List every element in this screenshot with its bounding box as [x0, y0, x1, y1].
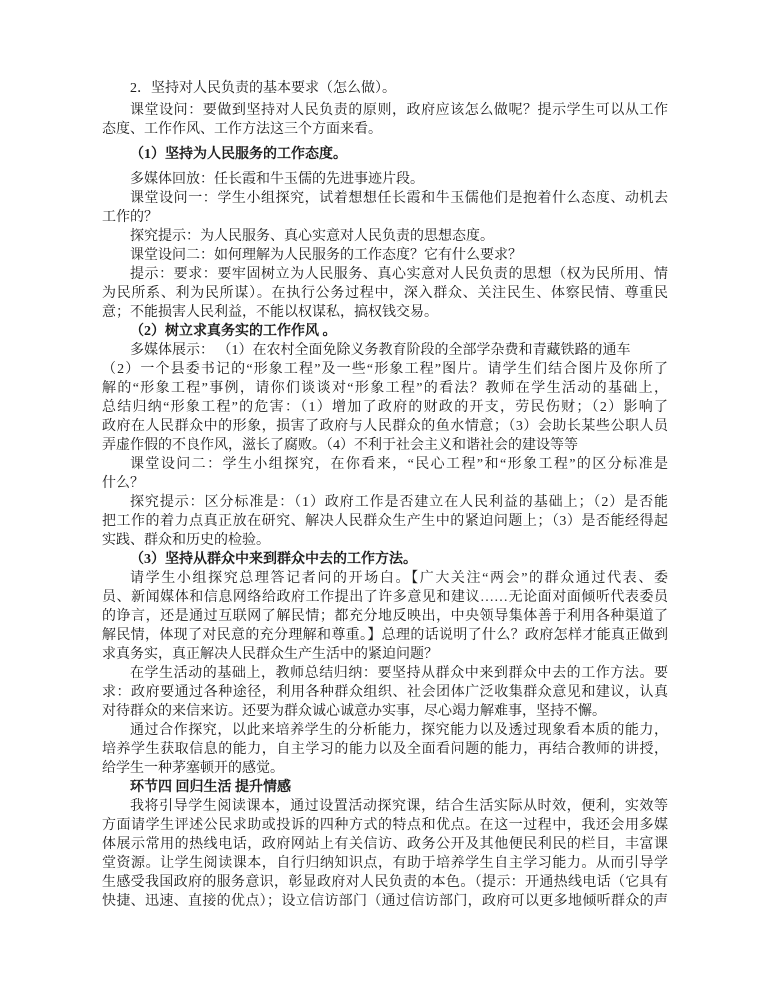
text-line: 求真务实，真正解决人民群众生产生活中的紧迫问题？ [102, 645, 668, 664]
text-line: 多媒体展示： （1）在农村全面免除义务教育阶段的全部学杂费和青藏铁路的通车 [102, 341, 668, 360]
text-line: 课堂设问：要做到坚持对人民负责的原则，政府应该怎么做呢？提示学生可以从工作 [102, 101, 668, 120]
text-line: 工作的？ [102, 208, 668, 227]
text-line: 生感受我国政府的服务意识，彰显政府对人民负责的本色。（提示：开通热线电话（它具有 [102, 873, 668, 892]
text-line: 探究提示：为人民服务、真心实意对人民负责的思想态度。 [102, 227, 668, 246]
text-line: 课堂设问二：如何理解为人民服务的工作态度？它有什么要求？ [102, 246, 668, 265]
text-line: 态度、工作作风、工作方法这三个方面来看。 [102, 120, 668, 139]
text-line: （2）一个县委书记的“形象工程”及一些“形象工程”图片。请学生们结合图片及你所了 [102, 360, 668, 379]
text-line: 多媒体回放：任长霞和牛玉儒的先进事迹片段。 [102, 170, 668, 189]
text-line: 培养学生获取信息的能力，自主学习的能力以及全面看问题的能力，再结合教师的讲授， [102, 740, 668, 759]
text-line: 对待群众的来信来访。还要为群众诚心诚意办实事，尽心竭力解难事，坚持不懈。 [102, 702, 668, 721]
text-line: 2．坚持对人民负责的基本要求（怎么做）。 [102, 79, 668, 98]
text-line: 员、新闻媒体和信息网络给政府工作提出了许多意见和建议……无论面对面倾听代表委员 [102, 588, 668, 607]
text-line: 方面请学生评述公民求助或投诉的四种方式的特点和优点。在这一过程中，我还会用多媒 [102, 816, 668, 835]
text-line: 解民情，体现了对民意的充分理解和尊重。】总理的话说明了什么？政府怎样才能真正做到 [102, 626, 668, 645]
text-line: （1）坚持为人民服务的工作态度。 [102, 145, 668, 164]
text-line: 堂资源。让学生阅读课本，自行归纳知识点，有助于培养学生自主学习能力。从而引导学 [102, 854, 668, 873]
text-line: 求：政府要通过各种途径，利用各种群众组织、社会团体广泛收集群众意见和建议，认真 [102, 683, 668, 702]
document-body: 2．坚持对人民负责的基本要求（怎么做）。课堂设问：要做到坚持对人民负责的原则，政… [102, 79, 668, 911]
text-line: 在学生活动的基础上，教师总结归纳：要坚持从群众中来到群众中去的工作方法。要 [102, 664, 668, 683]
text-line: （3）坚持从群众中来到群众中去的工作方法。 [102, 550, 668, 569]
text-line: 通过合作探究，以此来培养学生的分析能力，探究能力以及透过现象看本质的能力， [102, 721, 668, 740]
text-line: 环节四 回归生活 提升情感 [102, 778, 668, 797]
text-line: 给学生一种茅塞顿开的感觉。 [102, 759, 668, 778]
text-line: 探究提示：区分标准是：（1）政府工作是否建立在人民利益的基础上；（2）是否能 [102, 493, 668, 512]
text-line: （2）树立求真务实的工作作风 。 [102, 322, 668, 341]
text-line: 弄虚作假的不良作风，滋长了腐败。（4）不利于社会主义和谐社会的建设等等 [102, 436, 668, 455]
text-line: 的诤言，还是通过互联网了解民情；都充分地反映出，中央领导集体善于利用各种渠道了 [102, 607, 668, 626]
document-page: 2．坚持对人民负责的基本要求（怎么做）。课堂设问：要做到坚持对人民负责的原则，政… [0, 0, 770, 1000]
text-line: 课堂设问二：学生小组探究，在你看来，“民心工程”和“形象工程”的区分标准是 [102, 455, 668, 474]
text-line: 快捷、迅速、直接的优点）；设立信访部门（通过信访部门，政府可以更多地倾听群众的声 [102, 892, 668, 911]
text-line: 什么？ [102, 474, 668, 493]
text-line: 总结归纳“形象工程”的危害：（1）增加了政府的财政的开支，劳民伤财；（2）影响了 [102, 398, 668, 417]
text-line: 实践、群众和历史的检验。 [102, 531, 668, 550]
text-line: 提示：要求：要牢固树立为人民服务、真心实意对人民负责的思想（权为民所用、情 [102, 265, 668, 284]
text-line: 我将引导学生阅读课本，通过设置活动探究课，结合生活实际从时效，便利，实效等 [102, 797, 668, 816]
text-line: 体展示常用的热线电话，政府网站上有关信访、政务公开及其他便民利民的栏目，丰富课 [102, 835, 668, 854]
text-line: 政府在人民群众中的形象，损害了政府与人民群众的鱼水情意；（3）会助长某些公职人员 [102, 417, 668, 436]
text-line: 请学生小组探究总理答记者问的开场白。【广大关注“两会”的群众通过代表、委 [102, 569, 668, 588]
text-line: 课堂设问一：学生小组探究，试着想想任长霞和牛玉儒他们是抱着什么态度、动机去 [102, 189, 668, 208]
text-line: 意；不能损害人民利益，不能以权谋私，搞权钱交易。 [102, 303, 668, 322]
text-line: 为民所系、利为民所谋）。在执行公务过程中，深入群众、关注民生、体察民情、尊重民 [102, 284, 668, 303]
text-line: 解的“形象工程”事例，请你们谈谈对“形象工程”的看法？教师在学生活动的基础上， [102, 379, 668, 398]
text-line: 把工作的着力点真正放在研究、解决人民群众生产生中的紧迫问题上；（3）是否能经得起 [102, 512, 668, 531]
